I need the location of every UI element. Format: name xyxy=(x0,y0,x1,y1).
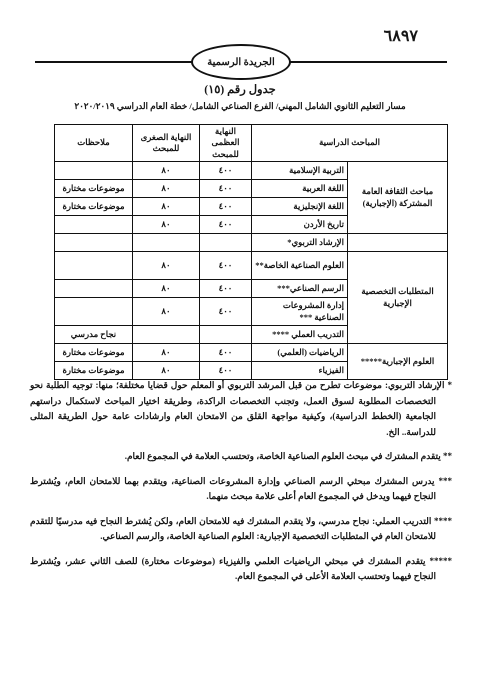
notes-cell xyxy=(55,216,133,234)
min-cell: ٨٠ xyxy=(133,198,200,216)
subject-cell: التربية الإسلامية xyxy=(252,162,348,180)
footnotes: * الإرشاد التربوي: موضوعات تطرح من قبل ا… xyxy=(30,378,452,594)
footnote-text: الإرشاد التربوي: موضوعات تطرح من قبل الم… xyxy=(30,380,444,437)
table-row: المتطلبات التخصصية الإجبارية العلوم الصن… xyxy=(55,252,448,280)
notes-cell: موضوعات مختارة xyxy=(55,198,133,216)
min-cell: ٨٠ xyxy=(133,298,200,326)
subject-cell: التدريب العملي **** xyxy=(252,326,348,344)
table-subtitle: مسار التعليم الثانوي الشامل المهني/ الفر… xyxy=(0,101,480,112)
min-cell xyxy=(133,234,200,252)
table-row: مباحث الثقافة العامة المشتركة (الإجبارية… xyxy=(55,162,448,180)
masthead-rule-left xyxy=(35,61,192,63)
min-cell: ٨٠ xyxy=(133,344,200,362)
footnote-marker: **** xyxy=(434,516,452,526)
max-cell: ٤٠٠ xyxy=(200,298,252,326)
max-cell: ٤٠٠ xyxy=(200,162,252,180)
table-header-row: المباحث الدراسية النهاية العظمى للمبحث ا… xyxy=(55,125,448,162)
gazette-page: ٦٨٩٧ الجريدة الرسمية جدول رقم (١٥) مسار … xyxy=(0,0,480,679)
footnote-marker: *** xyxy=(439,476,453,486)
group-cell-obligatory-sciences: العلوم الإجبارية***** xyxy=(348,344,448,380)
footnote: *** يدرس المشترك مبحثي الرسم الصناعي وإد… xyxy=(30,474,452,505)
footnote: **** التدريب العملي: نجاح مدرسي، ولا يتق… xyxy=(30,514,452,545)
subject-cell: تاريخ الأردن xyxy=(252,216,348,234)
footnote-text: يتقدم المشترك في مبحثي الرياضيات العلمي … xyxy=(30,556,436,582)
max-cell: ٤٠٠ xyxy=(200,216,252,234)
subject-cell: اللغة الإنجليزية xyxy=(252,198,348,216)
notes-cell xyxy=(55,252,133,280)
min-cell: ٨٠ xyxy=(133,280,200,298)
table-row: العلوم الإجبارية***** الرياضيات (العلمي)… xyxy=(55,344,448,362)
max-cell: ٤٠٠ xyxy=(200,280,252,298)
footnote-text: يدرس المشترك مبحثي الرسم الصناعي وإدارة … xyxy=(30,476,436,502)
header-min-grade: النهاية الصغرى للمبحث xyxy=(133,125,200,162)
notes-cell xyxy=(55,280,133,298)
gazette-seal-ellipse: الجريدة الرسمية xyxy=(191,44,291,80)
header-notes: ملاحظات xyxy=(55,125,133,162)
gazette-name: الجريدة الرسمية xyxy=(207,57,274,68)
masthead-rule-right xyxy=(290,61,447,63)
notes-cell: نجاح مدرسي xyxy=(55,326,133,344)
max-cell: ٤٠٠ xyxy=(200,344,252,362)
subject-cell: إدارة المشروعات الصناعية *** xyxy=(252,298,348,326)
min-cell: ٨٠ xyxy=(133,252,200,280)
footnote: ***** يتقدم المشترك في مبحثي الرياضيات ا… xyxy=(30,554,452,585)
notes-cell xyxy=(55,298,133,326)
subject-cell: العلوم الصناعية الخاصة** xyxy=(252,252,348,280)
group-cell-general-culture: مباحث الثقافة العامة المشتركة (الإجبارية… xyxy=(348,162,448,234)
group-cell-empty xyxy=(348,234,448,252)
notes-cell xyxy=(55,162,133,180)
subject-cell: اللغة العربية xyxy=(252,180,348,198)
min-cell: ٨٠ xyxy=(133,180,200,198)
group-cell-specialized-requirements: المتطلبات التخصصية الإجبارية xyxy=(348,252,448,344)
footnote-marker: * xyxy=(448,380,453,390)
page-number: ٦٨٩٧ xyxy=(384,26,418,46)
notes-cell: موضوعات مختارة xyxy=(55,180,133,198)
header-max-grade: النهاية العظمى للمبحث xyxy=(200,125,252,162)
subject-cell: الفيزياء xyxy=(252,362,348,380)
notes-cell: موضوعات مختارة xyxy=(55,362,133,380)
max-cell: ٤٠٠ xyxy=(200,252,252,280)
subject-cell: الرياضيات (العلمي) xyxy=(252,344,348,362)
masthead: الجريدة الرسمية xyxy=(35,46,447,78)
footnote-text: يتقدم المشترك في مبحث العلوم الصناعية ال… xyxy=(125,451,441,461)
curriculum-table: المباحث الدراسية النهاية العظمى للمبحث ا… xyxy=(54,124,448,380)
max-cell xyxy=(200,326,252,344)
footnote-marker: ***** xyxy=(430,556,453,566)
footnote: * الإرشاد التربوي: موضوعات تطرح من قبل ا… xyxy=(30,378,452,440)
notes-cell: موضوعات مختارة xyxy=(55,344,133,362)
table-number-title: جدول رقم (١٥) xyxy=(0,82,480,96)
min-cell: ٨٠ xyxy=(133,162,200,180)
min-cell: ٨٠ xyxy=(133,216,200,234)
min-cell xyxy=(133,326,200,344)
footnote-marker: ** xyxy=(443,451,452,461)
max-cell: ٤٠٠ xyxy=(200,180,252,198)
max-cell: ٤٠٠ xyxy=(200,198,252,216)
max-cell xyxy=(200,234,252,252)
footnote-text: التدريب العملي: نجاح مدرسي، ولا يتقدم ال… xyxy=(30,516,436,542)
notes-cell xyxy=(55,234,133,252)
min-cell: ٨٠ xyxy=(133,362,200,380)
subject-cell: الإرشاد التربوي* xyxy=(252,234,348,252)
table-row: الإرشاد التربوي* xyxy=(55,234,448,252)
header-subjects: المباحث الدراسية xyxy=(252,125,448,162)
max-cell: ٤٠٠ xyxy=(200,362,252,380)
subject-cell: الرسم الصناعي*** xyxy=(252,280,348,298)
footnote: ** يتقدم المشترك في مبحث العلوم الصناعية… xyxy=(30,449,452,465)
